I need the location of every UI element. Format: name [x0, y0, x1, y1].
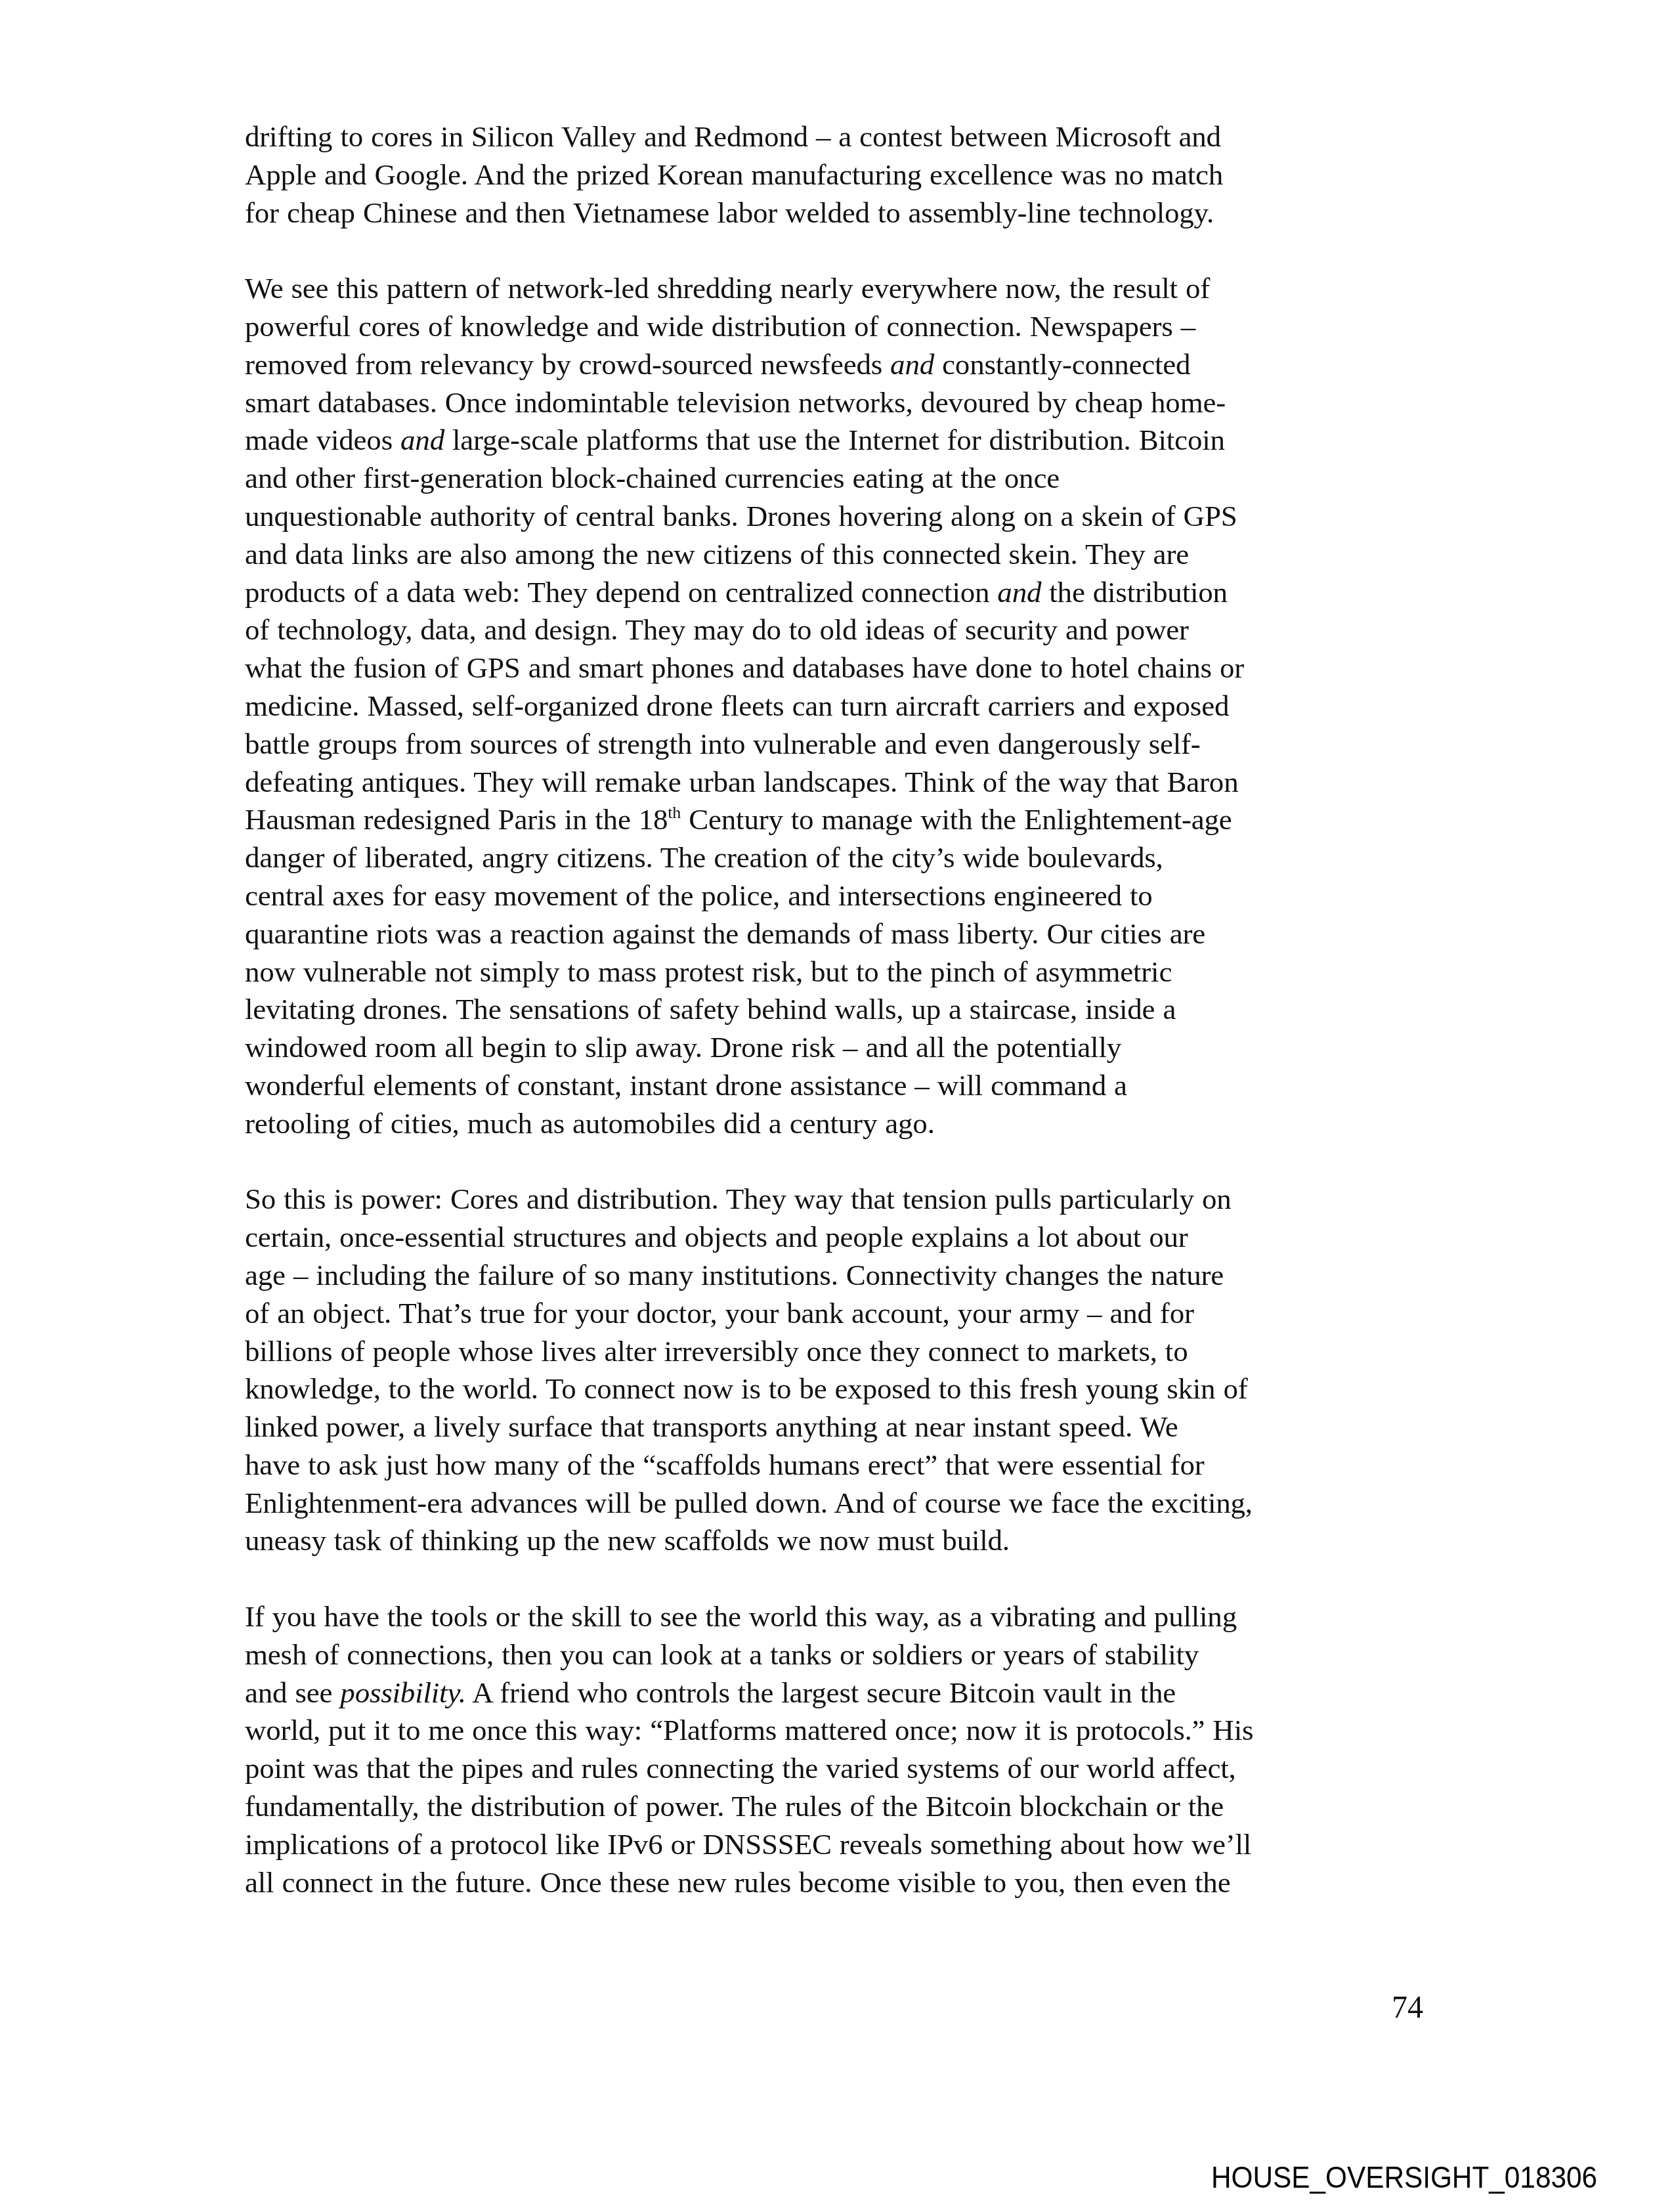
text-line: of an object. That’s true for your docto…: [245, 1295, 1420, 1333]
paragraph-3: So this is power: Cores and distribution…: [245, 1181, 1420, 1560]
text-line: wonderful elements of constant, instant …: [245, 1067, 1420, 1105]
emphasis-text: and: [890, 348, 934, 381]
text-line: removed from relevancy by crowd-sourced …: [245, 346, 1420, 384]
text-line: made videos and large-scale platforms th…: [245, 422, 1420, 460]
text-line: danger of liberated, angry citizens. The…: [245, 839, 1420, 877]
body-text: drifting to cores in Silicon Valley and …: [245, 118, 1420, 1940]
text-line: unquestionable authority of central bank…: [245, 498, 1420, 536]
text-line: mesh of connections, then you can look a…: [245, 1636, 1420, 1674]
emphasis-text: and: [997, 576, 1041, 609]
text-line: Apple and Google. And the prized Korean …: [245, 156, 1420, 194]
text-line: and see possibility. A friend who contro…: [245, 1674, 1420, 1712]
text-line: defeating antiques. They will remake urb…: [245, 764, 1420, 802]
emphasis-text: possibility.: [340, 1676, 465, 1709]
document-page: drifting to cores in Silicon Valley and …: [0, 0, 1674, 2212]
text-line: billions of people whose lives alter irr…: [245, 1333, 1420, 1371]
text-line: point was that the pipes and rules conne…: [245, 1750, 1420, 1788]
text-line: smart databases. Once indomintable telev…: [245, 384, 1420, 422]
text-line: what the fusion of GPS and smart phones …: [245, 649, 1420, 687]
text-line: levitating drones. The sensations of saf…: [245, 991, 1420, 1029]
text-line: Hausman redesigned Paris in the 18th Cen…: [245, 801, 1420, 839]
text-line: and other first-generation block-chained…: [245, 460, 1420, 498]
superscript-text: th: [668, 803, 681, 822]
page-number: 74: [1392, 1989, 1423, 2026]
text-line: linked power, a lively surface that tran…: [245, 1408, 1420, 1446]
text-line: have to ask just how many of the “scaffo…: [245, 1446, 1420, 1485]
text-line: drifting to cores in Silicon Valley and …: [245, 118, 1420, 156]
emphasis-text: and: [400, 423, 444, 456]
text-line: products of a data web: They depend on c…: [245, 574, 1420, 612]
text-line: world, put it to me once this way: “Plat…: [245, 1712, 1420, 1750]
text-line: all connect in the future. Once these ne…: [245, 1864, 1420, 1902]
text-line: now vulnerable not simply to mass protes…: [245, 953, 1420, 991]
paragraph-2: We see this pattern of network-led shred…: [245, 270, 1420, 1142]
text-line: of technology, data, and design. They ma…: [245, 611, 1420, 649]
bates-stamp: HOUSE_OVERSIGHT_018306: [1211, 2160, 1597, 2194]
text-line: windowed room all begin to slip away. Dr…: [245, 1029, 1420, 1067]
text-line: implications of a protocol like IPv6 or …: [245, 1826, 1420, 1864]
text-line: If you have the tools or the skill to se…: [245, 1598, 1420, 1636]
text-line: So this is power: Cores and distribution…: [245, 1181, 1420, 1219]
text-line: battle groups from sources of strength i…: [245, 726, 1420, 764]
text-line: certain, once-essential structures and o…: [245, 1219, 1420, 1257]
text-line: for cheap Chinese and then Vietnamese la…: [245, 194, 1420, 232]
text-line: quarantine riots was a reaction against …: [245, 915, 1420, 953]
text-line: uneasy task of thinking up the new scaff…: [245, 1522, 1420, 1560]
paragraph-1: drifting to cores in Silicon Valley and …: [245, 118, 1420, 232]
text-line: and data links are also among the new ci…: [245, 536, 1420, 574]
text-line: medicine. Massed, self-organized drone f…: [245, 687, 1420, 726]
text-line: Enlightenment-era advances will be pulle…: [245, 1485, 1420, 1523]
text-line: powerful cores of knowledge and wide dis…: [245, 308, 1420, 346]
text-line: We see this pattern of network-led shred…: [245, 270, 1420, 308]
text-line: fundamentally, the distribution of power…: [245, 1788, 1420, 1826]
text-line: central axes for easy movement of the po…: [245, 877, 1420, 915]
paragraph-4: If you have the tools or the skill to se…: [245, 1598, 1420, 1901]
text-line: age – including the failure of so many i…: [245, 1257, 1420, 1295]
text-line: knowledge, to the world. To connect now …: [245, 1370, 1420, 1408]
text-line: retooling of cities, much as automobiles…: [245, 1105, 1420, 1143]
